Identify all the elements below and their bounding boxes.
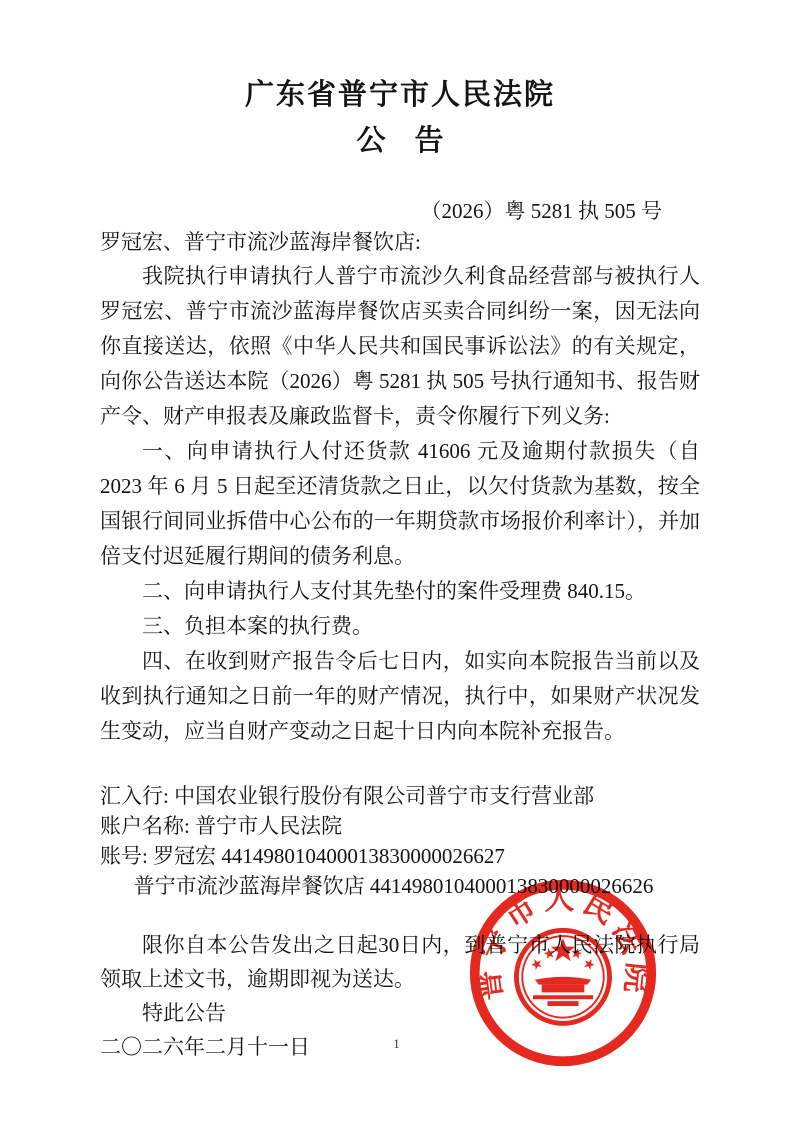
page-number: 1 bbox=[0, 1036, 793, 1052]
paragraph-intro: 我院执行申请执行人普宁市流沙久利食品经营部与被执行人罗冠宏、普宁市流沙蓝海岸餐饮… bbox=[100, 259, 700, 434]
paragraph-obligation-4: 四、在收到财产报告令后七日内，如实向本院报告当前以及收到执行通知之日前一年的财产… bbox=[100, 644, 700, 749]
paragraph-obligation-3: 三、负担本案的执行费。 bbox=[100, 609, 700, 644]
bank-info-block: 汇入行: 中国农业银行股份有限公司普宁市支行营业部 账户名称: 普宁市人民法院 … bbox=[100, 781, 700, 901]
notice-body: 我院执行申请执行人普宁市流沙久利食品经营部与被执行人罗冠宏、普宁市流沙蓝海岸餐饮… bbox=[100, 259, 700, 749]
notice-title-heading: 公 告 bbox=[100, 120, 700, 162]
paragraph-obligation-1: 一、向申请执行人付还货款 41606 元及逾期付款损失（自 2023 年 6 月… bbox=[100, 434, 700, 574]
addressee-line: 罗冠宏、普宁市流沙蓝海岸餐饮店: bbox=[100, 226, 700, 259]
closing-deadline: 限你自本公告发出之日起30日内，到普宁市人民法院执行局领取上述文书，逾期即视为送… bbox=[100, 928, 700, 996]
closing-announcement: 特此公告 bbox=[100, 996, 700, 1030]
bank-account-line-2: 普宁市流沙蓝海岸餐饮店 441498010400013830000026626 bbox=[100, 871, 700, 901]
paragraph-obligation-2: 二、向申请执行人支付其先垫付的案件受理费 840.15。 bbox=[100, 574, 700, 609]
court-name-heading: 广东省普宁市人民法院 bbox=[100, 74, 700, 116]
bank-account-name-line: 账户名称: 普宁市人民法院 bbox=[100, 811, 700, 841]
bank-remit-line: 汇入行: 中国农业银行股份有限公司普宁市支行营业部 bbox=[100, 781, 700, 811]
case-number: （2026）粤 5281 执 505 号 bbox=[100, 196, 700, 226]
document-content: 广东省普宁市人民法院 公 告 （2026）粤 5281 执 505 号 罗冠宏、… bbox=[100, 0, 700, 1064]
notice-document-page: 广东省普宁市人民法院 公 告 （2026）粤 5281 执 505 号 罗冠宏、… bbox=[0, 0, 793, 1122]
bank-account-line-1: 账号: 罗冠宏 441498010400013830000026627 bbox=[100, 841, 700, 871]
